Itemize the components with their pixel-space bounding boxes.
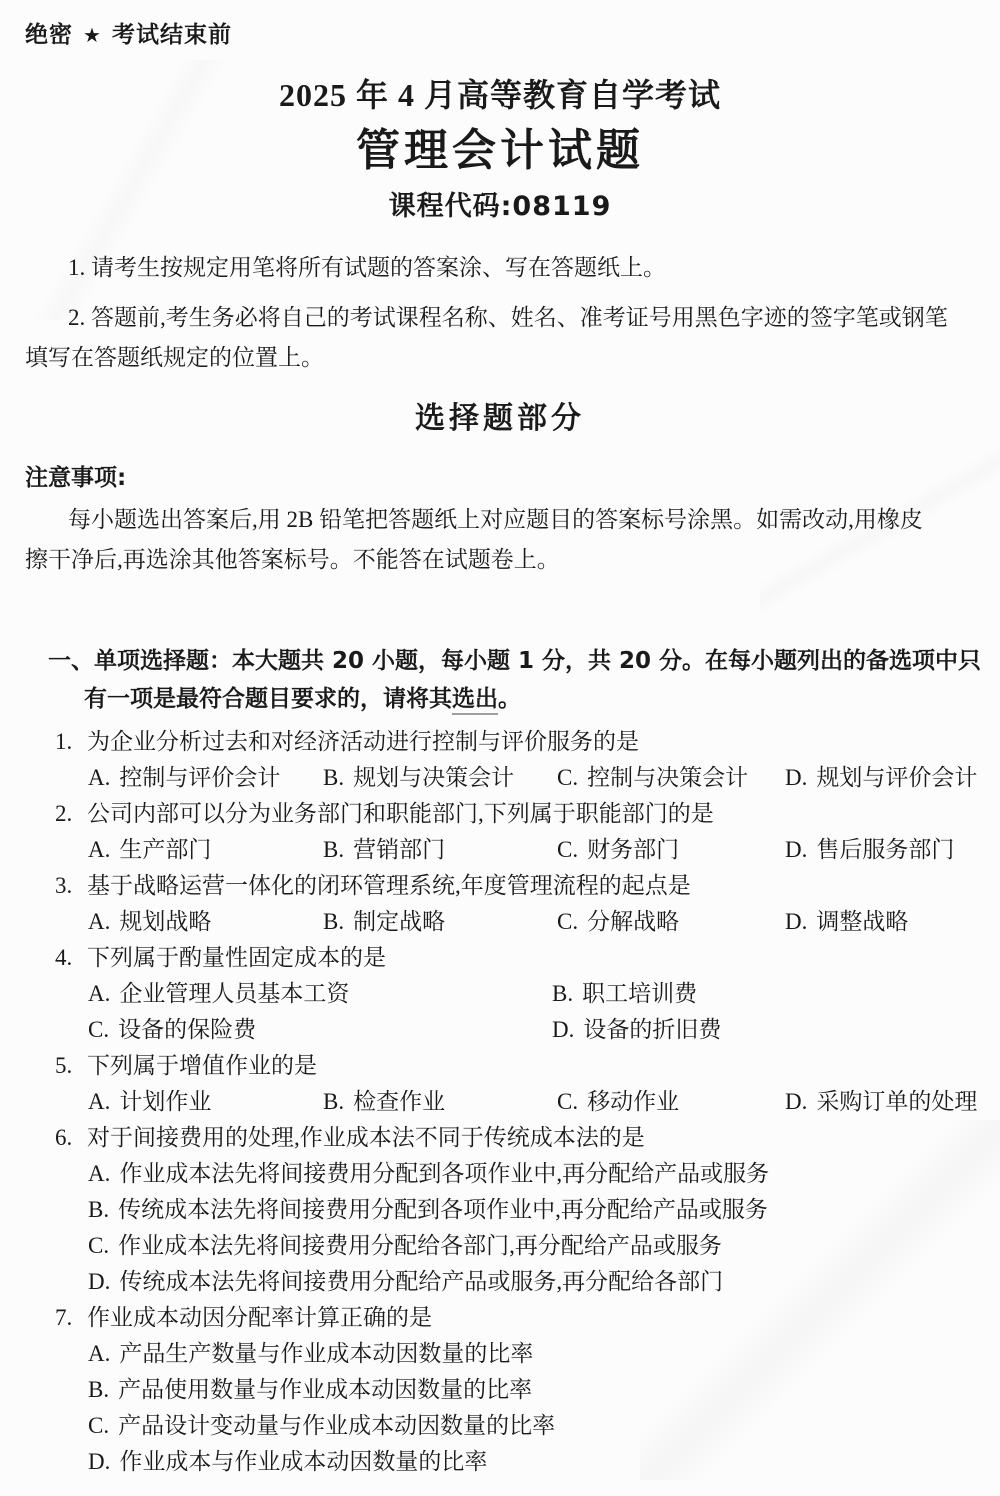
notice-heading: 注意事项: <box>25 462 975 494</box>
question-stem: 作业成本动因分配率计算正确的是 <box>87 1305 432 1330</box>
question-list: 1.为企业分析过去和对经济活动进行控制与评价服务的是 A.控制与评价会计B.规划… <box>25 724 975 1480</box>
option-label: C. <box>557 909 578 934</box>
question-number: 4. <box>55 940 87 976</box>
option-label: A. <box>88 765 110 790</box>
mcq-heading-line1: 一、单项选择题：本大题共 20 小题，每小题 1 分，共 20 分。在每小题列出… <box>48 642 975 680</box>
option-area: A.计划作业B.检查作业C.移动作业D.采购订单的处理 <box>88 1084 975 1120</box>
option-item: C.移动作业 <box>557 1084 785 1120</box>
question-number: 7. <box>55 1300 87 1336</box>
option-text: 设备的折旧费 <box>583 1017 721 1042</box>
option-label: C. <box>557 1089 578 1114</box>
star-icon: ★ <box>83 23 102 47</box>
option-text: 职工培训费 <box>582 981 697 1006</box>
option-item: C.财务部门 <box>557 832 785 868</box>
option-text: 财务部门 <box>587 837 679 862</box>
option-text: 营销部门 <box>353 837 445 862</box>
option-item: B.产品使用数量与作业成本动因数量的比率 <box>88 1372 975 1408</box>
option-item: C.作业成本法先将间接费用分配给各部门,再分配给产品或服务 <box>88 1228 975 1264</box>
option-item: B.营销部门 <box>323 832 557 868</box>
question-item: 7.作业成本动因分配率计算正确的是 A.产品生产数量与作业成本动因数量的比率B.… <box>25 1300 975 1480</box>
text-line: 1. 请考生按规定用笔将所有试题的答案涂、写在答题纸上。 <box>25 248 975 288</box>
option-area: A.控制与评价会计B.规划与决策会计C.控制与决策会计D.规划与评价会计 <box>88 760 975 796</box>
option-item: A.作业成本法先将间接费用分配到各项作业中,再分配给产品或服务 <box>88 1156 975 1192</box>
question-number: 5. <box>55 1048 87 1084</box>
option-area: A.企业管理人员基本工资B.职工培训费C.设备的保险费D.设备的折旧费 <box>88 976 975 1048</box>
option-label: D. <box>88 1449 110 1474</box>
question-stem: 基于战略运营一体化的闭环管理系统,年度管理流程的起点是 <box>87 873 691 898</box>
option-text: 传统成本法先将间接费用分配到各项作业中,再分配给产品或服务 <box>118 1197 768 1222</box>
mcq-heading-line2-end: 。 <box>498 686 521 712</box>
option-area: A.作业成本法先将间接费用分配到各项作业中,再分配给产品或服务B.传统成本法先将… <box>88 1156 975 1300</box>
question-stem: 下列属于酌量性固定成本的是 <box>87 945 386 970</box>
option-label: D. <box>88 1269 110 1294</box>
question-number: 3. <box>55 868 87 904</box>
question-stem: 公司内部可以分为业务部门和职能部门,下列属于职能部门的是 <box>87 801 714 826</box>
option-text: 制定战略 <box>353 909 445 934</box>
option-area: A.规划战略B.制定战略C.分解战略D.调整战略 <box>88 904 975 940</box>
question-stem-row: 2.公司内部可以分为业务部门和职能部门,下列属于职能部门的是 <box>55 796 975 832</box>
option-label: B. <box>323 765 344 790</box>
mcq-heading-line2-text: 有一项是最符合题目要求的，请将其 <box>84 686 452 712</box>
question-item: 4.下列属于酌量性固定成本的是 A.企业管理人员基本工资B.职工培训费C.设备的… <box>25 940 975 1048</box>
option-text: 分解战略 <box>587 909 679 934</box>
option-text: 作业成本与作业成本动因数量的比率 <box>119 1449 487 1474</box>
question-stem: 对于间接费用的处理,作业成本法不同于传统成本法的是 <box>87 1125 645 1150</box>
option-text: 产品设计变动量与作业成本动因数量的比率 <box>118 1413 555 1438</box>
option-item: B.传统成本法先将间接费用分配到各项作业中,再分配给产品或服务 <box>88 1192 975 1228</box>
option-label: C. <box>88 1233 109 1258</box>
option-text: 规划与评价会计 <box>816 765 977 790</box>
option-item: C.控制与决策会计 <box>557 760 785 796</box>
option-label: D. <box>785 837 807 862</box>
question-item: 2.公司内部可以分为业务部门和职能部门,下列属于职能部门的是 A.生产部门B.营… <box>25 796 975 868</box>
option-area: A.产品生产数量与作业成本动因数量的比率B.产品使用数量与作业成本动因数量的比率… <box>88 1336 975 1480</box>
text-line: 填写在答题纸规定的位置上。 <box>25 338 975 378</box>
option-label: B. <box>323 909 344 934</box>
option-item: A.控制与评价会计 <box>88 760 323 796</box>
option-text: 控制与评价会计 <box>119 765 280 790</box>
option-text: 移动作业 <box>587 1089 679 1114</box>
question-stem-row: 3.基于战略运营一体化的闭环管理系统,年度管理流程的起点是 <box>55 868 975 904</box>
option-item: B.检查作业 <box>323 1084 557 1120</box>
option-text: 规划战略 <box>119 909 211 934</box>
option-text: 作业成本法先将间接费用分配到各项作业中,再分配给产品或服务 <box>119 1161 769 1186</box>
notice-body: 每小题选出答案后,用 2B 铅笔把答题纸上对应题目的答案标号涂黑。如需改动,用橡… <box>25 500 975 580</box>
text-line: 擦干净后,再选涂其他答案标号。不能答在试题卷上。 <box>25 540 975 580</box>
text-line: 2. 答题前,考生务必将自己的考试课程名称、姓名、准考证号用黑色字迹的签字笔或钢… <box>25 298 975 338</box>
question-stem: 为企业分析过去和对经济活动进行控制与评价服务的是 <box>87 729 639 754</box>
option-item: A.生产部门 <box>88 832 323 868</box>
option-label: A. <box>88 1089 110 1114</box>
option-item: B.制定战略 <box>323 904 557 940</box>
option-area: A.生产部门B.营销部门C.财务部门D.售后服务部门 <box>88 832 975 868</box>
question-item: 6.对于间接费用的处理,作业成本法不同于传统成本法的是 A.作业成本法先将间接费… <box>25 1120 975 1300</box>
option-label: B. <box>88 1377 109 1402</box>
question-number: 6. <box>55 1120 87 1156</box>
option-item: D.传统成本法先将间接费用分配给产品或服务,再分配给各部门 <box>88 1264 975 1300</box>
question-number: 1. <box>55 724 87 760</box>
option-label: D. <box>785 909 807 934</box>
option-text: 企业管理人员基本工资 <box>119 981 349 1006</box>
question-number: 2. <box>55 796 87 832</box>
option-text: 控制与决策会计 <box>587 765 748 790</box>
option-item: A.计划作业 <box>88 1084 323 1120</box>
option-label: D. <box>785 765 807 790</box>
option-item: D.作业成本与作业成本动因数量的比率 <box>88 1444 975 1480</box>
option-item: A.规划战略 <box>88 904 323 940</box>
option-label: A. <box>88 981 110 1006</box>
option-text: 产品使用数量与作业成本动因数量的比率 <box>118 1377 532 1402</box>
option-item: D.采购订单的处理 <box>785 1084 977 1120</box>
option-label: B. <box>323 1089 344 1114</box>
option-item: D.规划与评价会计 <box>785 760 977 796</box>
option-label: A. <box>88 1341 110 1366</box>
option-label: C. <box>88 1017 109 1042</box>
option-label: C. <box>88 1413 109 1438</box>
text-line: 每小题选出答案后,用 2B 铅笔把答题纸上对应题目的答案标号涂黑。如需改动,用橡… <box>25 500 975 540</box>
option-label: B. <box>323 837 344 862</box>
question-stem-row: 4.下列属于酌量性固定成本的是 <box>55 940 975 976</box>
option-label: C. <box>557 837 578 862</box>
mcq-section-heading: 一、单项选择题：本大题共 20 小题，每小题 1 分，共 20 分。在每小题列出… <box>25 642 975 718</box>
choice-section-title: 选择题部分 <box>25 398 975 440</box>
option-label: B. <box>552 981 573 1006</box>
question-item: 3.基于战略运营一体化的闭环管理系统,年度管理流程的起点是 A.规划战略B.制定… <box>25 868 975 940</box>
option-label: A. <box>88 909 110 934</box>
question-stem-row: 1.为企业分析过去和对经济活动进行控制与评价服务的是 <box>55 724 975 760</box>
option-label: A. <box>88 1161 110 1186</box>
security-banner: 绝密★考试结束前 <box>25 0 975 50</box>
exam-paper-page: 绝密★考试结束前 2025 年 4 月高等教育自学考试 管理会计试题 课程代码:… <box>0 0 1000 1480</box>
option-text: 产品生产数量与作业成本动因数量的比率 <box>119 1341 533 1366</box>
option-text: 传统成本法先将间接费用分配给产品或服务,再分配给各部门 <box>119 1269 723 1294</box>
option-item: D.设备的折旧费 <box>552 1012 975 1048</box>
underlined-text: 选出 <box>452 686 498 715</box>
option-item: A.产品生产数量与作业成本动因数量的比率 <box>88 1336 975 1372</box>
option-text: 采购订单的处理 <box>816 1089 977 1114</box>
question-stem-row: 5.下列属于增值作业的是 <box>55 1048 975 1084</box>
option-label: A. <box>88 837 110 862</box>
question-stem-row: 7.作业成本动因分配率计算正确的是 <box>55 1300 975 1336</box>
option-item: D.售后服务部门 <box>785 832 975 868</box>
option-text: 作业成本法先将间接费用分配给各部门,再分配给产品或服务 <box>118 1233 722 1258</box>
option-text: 调整战略 <box>816 909 908 934</box>
option-item: B.职工培训费 <box>552 976 975 1012</box>
option-item: C.分解战略 <box>557 904 785 940</box>
option-item: D.调整战略 <box>785 904 975 940</box>
option-text: 检查作业 <box>353 1089 445 1114</box>
option-text: 售后服务部门 <box>816 837 954 862</box>
exam-title: 管理会计试题 <box>25 124 975 178</box>
general-instructions: 1. 请考生按规定用笔将所有试题的答案涂、写在答题纸上。2. 答题前,考生务必将… <box>25 248 975 378</box>
option-label: C. <box>557 765 578 790</box>
option-label: D. <box>785 1089 807 1114</box>
exam-session-title: 2025 年 4 月高等教育自学考试 <box>25 74 975 116</box>
question-stem-row: 6.对于间接费用的处理,作业成本法不同于传统成本法的是 <box>55 1120 975 1156</box>
mcq-heading-line2: 有一项是最符合题目要求的，请将其选出。 <box>84 680 975 718</box>
option-text: 设备的保险费 <box>118 1017 256 1042</box>
option-text: 生产部门 <box>119 837 211 862</box>
question-item: 1.为企业分析过去和对经济活动进行控制与评价服务的是 A.控制与评价会计B.规划… <box>25 724 975 796</box>
option-label: D. <box>552 1017 574 1042</box>
option-item: B.规划与决策会计 <box>323 760 557 796</box>
course-code: 课程代码:08119 <box>25 190 975 224</box>
option-label: B. <box>88 1197 109 1222</box>
security-level-label: 绝密 <box>25 22 73 48</box>
option-text: 规划与决策会计 <box>353 765 514 790</box>
question-stem: 下列属于增值作业的是 <box>87 1053 317 1078</box>
option-text: 计划作业 <box>119 1089 211 1114</box>
secrecy-period-label: 考试结束前 <box>112 22 232 48</box>
question-item: 5.下列属于增值作业的是 A.计划作业B.检查作业C.移动作业D.采购订单的处理 <box>25 1048 975 1120</box>
option-item: C.产品设计变动量与作业成本动因数量的比率 <box>88 1408 975 1444</box>
option-item: A.企业管理人员基本工资 <box>88 976 552 1012</box>
option-item: C.设备的保险费 <box>88 1012 552 1048</box>
